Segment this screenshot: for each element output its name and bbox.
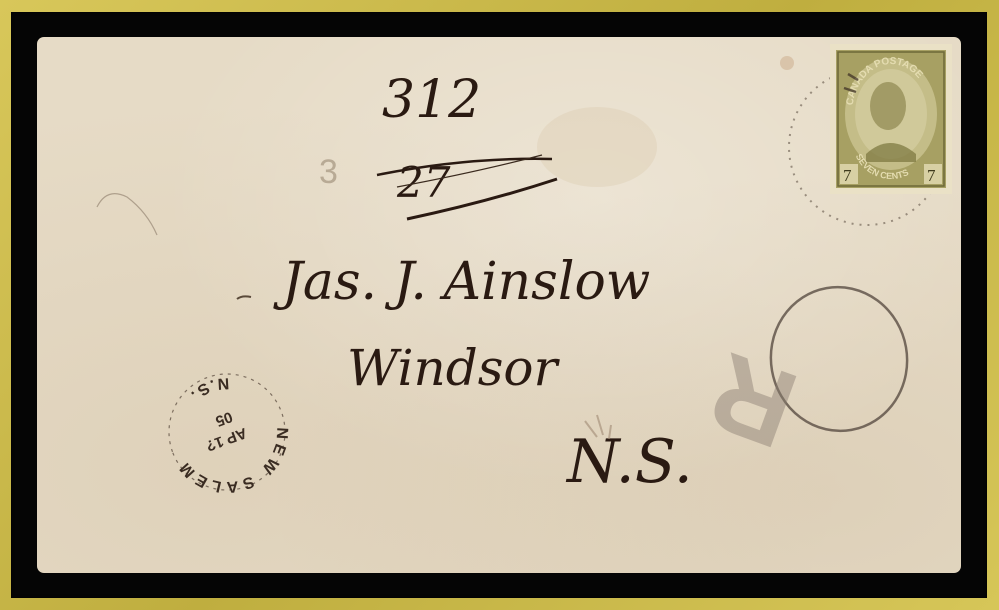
postmark-year: 05 <box>213 408 234 430</box>
registration-mark: R <box>695 276 919 471</box>
postage-stamp: CANADA POSTAGE SEVEN CENTS 7 7 <box>830 44 952 194</box>
stamp-denomination-right: 7 <box>927 166 936 185</box>
registration-letter: R <box>695 329 812 472</box>
address-city: Windsor <box>347 339 560 397</box>
pencil-mark: 3 <box>319 153 338 191</box>
envelope-markings: 3 312 27 Jas. J. Ainslow Windsor N.S. NE… <box>37 37 961 573</box>
postmark: NEW SALEM AP 1? 05 N.S. <box>149 356 306 512</box>
accounting-notation: 312 27 <box>377 70 557 219</box>
postmark-province: N.S. <box>182 370 235 408</box>
stamp-denomination-left: 7 <box>843 166 852 185</box>
top-number: 312 <box>382 70 481 130</box>
envelope: 3 312 27 Jas. J. Ainslow Windsor N.S. NE… <box>37 37 961 573</box>
svg-text:N.S.: N.S. <box>182 370 235 408</box>
address-province: N.S. <box>565 427 693 497</box>
postmark-date: AP 1? <box>204 424 250 454</box>
addressee-name: Jas. J. Ainslow <box>273 252 650 312</box>
